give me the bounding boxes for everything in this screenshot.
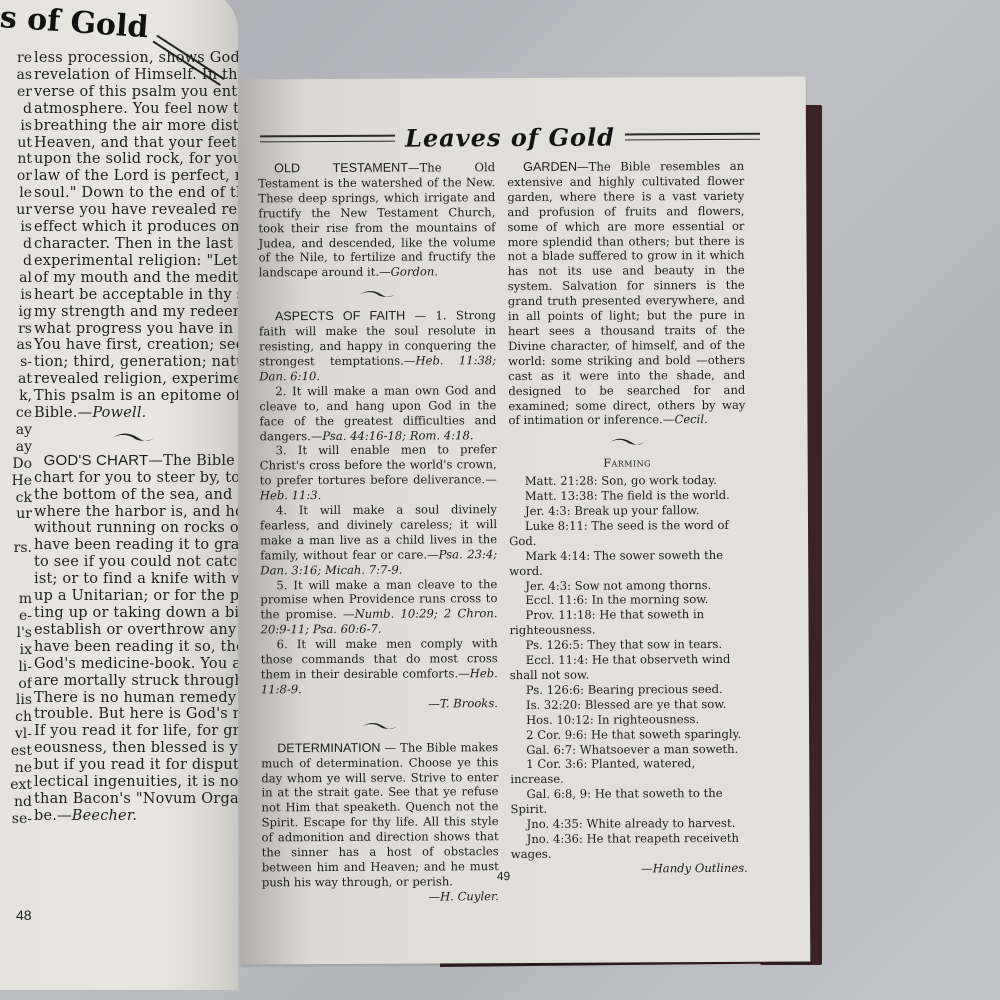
fragment-text	[0, 557, 32, 574]
fragment-text: as	[0, 337, 32, 354]
fragment-text: k,	[0, 388, 32, 405]
verse-list: Matt. 21:28: Son, go work today. Matt. 1…	[509, 473, 748, 862]
verse-item: 2 Cor. 9:6: He that soweth sparingly.	[510, 726, 747, 742]
right-page-right-column: GARDEN—The Bible resembles an extensive …	[507, 159, 748, 877]
verse-item: Jno. 4:35: White already to harvest.	[511, 816, 748, 832]
fragment-text: is	[0, 287, 32, 304]
page-number: 48	[16, 907, 32, 923]
verse-item: Matt. 13:38: The field is the world.	[509, 488, 746, 504]
fragment-text: ig	[0, 304, 32, 321]
fragment-text: nt	[0, 151, 32, 168]
page-number: 49	[497, 869, 510, 883]
verse-item: Jer. 4:3: Sow not among thorns.	[509, 577, 746, 593]
entry-attribution: Cecil.	[674, 412, 707, 426]
fragment-text: as	[0, 67, 32, 84]
fragment-text: rs	[0, 321, 32, 338]
entry-attribution: —H. Cuyler.	[262, 889, 499, 905]
fragment-text: at	[0, 371, 32, 388]
entry-heading: OLD TESTAMENT	[274, 161, 408, 176]
fragment-text	[0, 523, 32, 540]
verse-item: Ps. 126:6: Bearing precious seed.	[510, 682, 747, 698]
fragment-text: ext	[0, 777, 32, 794]
fragment-text: of	[0, 676, 32, 693]
entry-heading: GOD'S CHART	[44, 452, 149, 469]
flourish-ornament-icon	[34, 430, 234, 447]
flourish-ornament-icon	[357, 289, 397, 299]
running-title-left: s of Gold	[0, 0, 150, 45]
verse-item: Eccl. 11:6: In the morning sow.	[509, 592, 746, 608]
verse-item: Luke 8:11: The seed is the word of God.	[509, 518, 746, 549]
verse-item: Hos. 10:12: In righteousness.	[510, 712, 747, 728]
flourish-ornament-icon	[607, 437, 647, 447]
running-header: Leaves of Gold	[260, 121, 760, 154]
fragment-text: al	[0, 270, 32, 287]
verse-item: Matt. 21:28: Son, go work today.	[509, 473, 746, 489]
fragment-text: li-	[0, 659, 32, 676]
fragment-text: ur	[0, 202, 32, 219]
fragment-text: is	[0, 118, 32, 135]
fragment-text: d	[0, 236, 32, 253]
fragment-text: ut	[0, 135, 32, 152]
entry-determination: DETERMINATION — The Bible makes much of …	[261, 740, 499, 905]
fragment-text: ix	[0, 642, 32, 659]
fragment-text: rs.	[0, 540, 32, 557]
fragment-text: or	[0, 168, 32, 185]
verse-item: Prov. 11:18: He that soweth in righteous…	[509, 607, 746, 638]
fragment-text: ur	[0, 506, 32, 523]
verse-item: Jno. 4:36: He that reapeth receiveth wag…	[511, 831, 748, 862]
entry-heading: Farming	[509, 456, 746, 472]
fragment-text: l's	[0, 625, 32, 642]
previous-column-fragments: reaserdisutntorleurisddalisigrsass-atk,c…	[0, 50, 32, 828]
fragment-text: He	[0, 473, 32, 490]
header-rule-left	[260, 134, 395, 142]
faith-item: 5. It will make a man cleave to the prom…	[260, 577, 497, 638]
fragment-text: nd	[0, 794, 32, 811]
fragment-text: d	[0, 101, 32, 118]
left-page: s of Gold reaserdisutntorleurisddalisigr…	[0, 0, 238, 990]
verse-item: Gal. 6:8, 9: He that soweth to the Spiri…	[510, 786, 747, 817]
fragment-text: Do	[0, 456, 32, 473]
fragment-text: ck	[0, 490, 32, 507]
fragment-text: s-	[0, 354, 32, 371]
left-page-column: less procession, shows God's revelation …	[34, 50, 234, 825]
fragment-text: vl-	[0, 726, 32, 743]
verse-item: Ps. 126:5: They that sow in tears.	[510, 637, 747, 653]
entry-farming: Farming Matt. 21:28: Son, go work today.…	[509, 456, 748, 877]
verse-item: Jer. 4:3: Break up your fallow.	[509, 503, 746, 519]
entry-heading: GARDEN	[523, 160, 577, 174]
entry-heading: ASPECTS OF FAITH	[275, 309, 405, 324]
verse-item: 1 Cor. 3:6: Planted, watered, increase.	[510, 756, 747, 787]
verse-item: Mark 4:14: The sower soweth the word.	[509, 548, 746, 579]
fragment-text: le	[0, 185, 32, 202]
fragment-text: m	[0, 591, 32, 608]
fragment-text: e-	[0, 608, 32, 625]
entry-attribution: Gordon.	[391, 265, 438, 279]
entry-gods-chart: GOD'S CHART—The Bible is a chart for you…	[34, 453, 234, 825]
verse-item: Is. 32:20: Blessed are ye that sow.	[510, 697, 747, 713]
fragment-text: ne	[0, 760, 32, 777]
fragment-text: is	[0, 219, 32, 236]
fragment-text: ay	[0, 439, 32, 456]
entry-attribution: Beecher.	[72, 808, 137, 824]
fragment-text: est	[0, 743, 32, 760]
entry-attribution: —Handy Outlines.	[511, 861, 748, 877]
right-page-left-column: OLD TESTAMENT—The Old Testament is the w…	[258, 160, 499, 905]
entry-heading: DETERMINATION	[277, 740, 380, 755]
entry-text: The Old Testament is the watershed of th…	[258, 160, 495, 280]
running-title: Leaves of Gold	[395, 122, 625, 152]
header-rule-right	[625, 132, 760, 140]
fragment-text: ce	[0, 405, 32, 422]
fragment-text: ch	[0, 709, 32, 726]
entry-powell: less procession, shows God's revelation …	[34, 50, 234, 422]
fragment-text: re	[0, 50, 32, 67]
fragment-text: ay	[0, 422, 32, 439]
faith-item: 2. It will make a man own God and cleave…	[259, 383, 496, 444]
verse-item: Eccl. 11:4: He that observeth wind shall…	[510, 652, 747, 683]
fragment-text: se-	[0, 811, 32, 828]
fragment-text: er	[0, 84, 32, 101]
faith-item: 6. It will make men comply with those co…	[261, 636, 498, 697]
flourish-ornament-icon	[360, 720, 400, 730]
right-page: Leaves of Gold OLD TESTAMENT—The Old Tes…	[236, 77, 811, 965]
verse-item: Gal. 6:7: Whatsoever a man soweth.	[510, 741, 747, 757]
faith-item: 4. It will make a soul divinely fearless…	[260, 502, 497, 578]
fragment-text: d	[0, 253, 32, 270]
fragment-text	[0, 574, 32, 591]
fragment-text: lis	[0, 692, 32, 709]
entry-attribution: —T. Brooks.	[261, 696, 498, 712]
entry-aspects-of-faith: ASPECTS OF FAITH — 1. Strong faith will …	[259, 308, 498, 712]
entry-garden: GARDEN—The Bible resembles an extensive …	[507, 159, 745, 429]
entry-attribution: Powell.	[92, 405, 146, 421]
entry-old-testament: OLD TESTAMENT—The Old Testament is the w…	[258, 160, 496, 280]
faith-item: 3. It will enable men to prefer Christ's…	[260, 443, 497, 504]
